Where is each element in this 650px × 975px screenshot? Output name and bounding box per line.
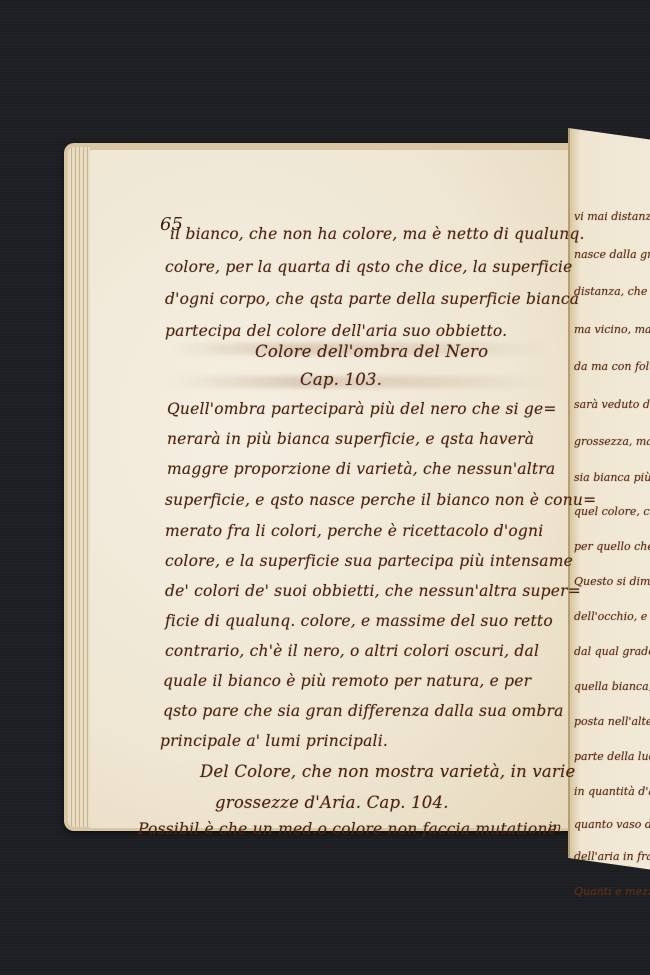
left-manuscript-page [90, 150, 570, 828]
right-page-line: da ma con folta quantità [574, 360, 650, 373]
manuscript-line: principale a' lumi principali. [160, 732, 388, 750]
manuscript-line: merato fra li colori, perche è ricettaco… [165, 522, 543, 540]
right-page-line: quanto vaso da a g. [574, 818, 650, 831]
chapter-heading-line: Del Colore, che non mostra varietà, in v… [200, 762, 575, 781]
manuscript-line: ficie di qualunq. colore, e massime del … [165, 612, 553, 630]
right-page-line: sarà veduto dall'occhio [574, 398, 650, 411]
open-book: 65 il bianco, che non ha colore, ma è ne… [0, 0, 650, 975]
manuscript-line: colore, e la superficie sua partecipa pi… [165, 552, 573, 570]
chapter-heading-line: grossezze d'Aria. Cap. 104. [215, 793, 449, 812]
manuscript-line: partecipa del colore dell'aria suo obbie… [165, 322, 507, 340]
right-page-line: Questo si dimostra, che l'aria [574, 575, 650, 588]
manuscript-line: il bianco, che non ha colore, ma è netto… [170, 225, 585, 243]
right-page-line: parte della luce, e le [574, 750, 650, 763]
right-page-line: distanza, che l'ammanno [574, 285, 650, 298]
manuscript-line: quale il bianco è più remoto per natura,… [163, 672, 531, 690]
right-page-line: vi mai distanza, e qsto n [574, 210, 650, 223]
right-page-line: per quello che dall'occhio [574, 540, 650, 553]
chapter-heading-line: Colore dell'ombra del Nero [255, 342, 488, 361]
right-page-line: quella bianca, e l'occhio o [574, 680, 650, 693]
manuscript-line: Quell'ombra parteciparà più del nero che… [167, 400, 557, 418]
right-page-line: dal qual grado di bassezza [574, 645, 650, 658]
right-page-line: posta nell'altezza, e la [574, 715, 650, 728]
right-page-line: ma vicino, ma considerando [574, 323, 650, 336]
chapter-heading-line: Cap. 103. [300, 370, 382, 389]
right-page-line: in quantità d'aria, quanto [574, 785, 650, 798]
manuscript-line: de' colori de' suoi obbietti, che nessun… [165, 582, 581, 600]
manuscript-line: qsto pare che sia gran differenza dalla … [163, 702, 564, 720]
right-page-line: dell'aria in fra l'occhio [574, 850, 650, 863]
right-page-line: dell'occhio, e per la sua [574, 610, 650, 623]
right-page-line: nasce dalla grossezza dell' [574, 248, 650, 261]
catchword: in [548, 820, 562, 836]
manuscript-line: colore, per la quarta di qsto che dice, … [165, 258, 572, 276]
manuscript-line: maggre proporzione di varietà, che nessu… [167, 460, 555, 478]
right-page-line: Quanti e mezza, e qsto [574, 885, 650, 898]
manuscript-line: superficie, e qsto nasce perche il bianc… [165, 491, 596, 509]
right-page-line: quel colore, che è occupato [574, 505, 650, 518]
right-page-line: grossezza, ma perche il u [574, 435, 650, 448]
manuscript-line: nerarà in più bianca superficie, e qsta … [167, 430, 534, 448]
manuscript-line: contrario, ch'è il nero, o altri colori … [165, 642, 539, 660]
right-page-line: sia bianca più forte, o [574, 471, 650, 484]
manuscript-line: d'ogni corpo, che qsta parte della super… [165, 290, 579, 308]
manuscript-line: Possibil è che un med.o colore non facci… [138, 820, 557, 838]
